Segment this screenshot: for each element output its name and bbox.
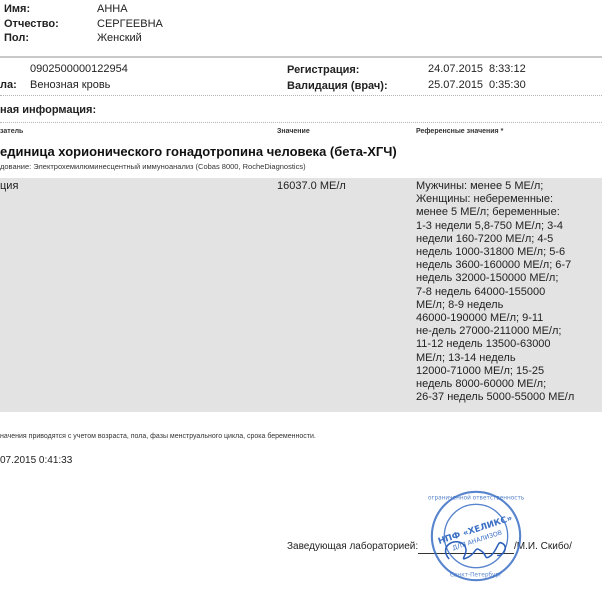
result-value: 16037.0 МЕ/л (277, 180, 346, 192)
reference-line: недель 3600-160000 МЕ/л; 6-7 (416, 259, 602, 272)
patronymic-label: Отчество: (4, 18, 59, 30)
test-title: единица хорионического гонадотропина чел… (0, 144, 397, 159)
reference-line: 26-37 недель 5000-55000 МЕ/л (416, 391, 602, 404)
reference-line: 46000-190000 МЕ/л; 9-11 (416, 312, 602, 325)
reference-line: Женщины: небеременные: (416, 193, 602, 206)
first-name-label: Имя: (4, 3, 30, 15)
reference-line: МЕ/л; 8-9 недель (416, 299, 602, 312)
registration-date: 24.07.2015 (428, 63, 483, 75)
material-label: ла: (0, 79, 17, 91)
registration-time: 8:33:12 (489, 63, 526, 75)
validation-time: 0:35:30 (489, 79, 526, 91)
reference-line: МЕ/л; 13-14 недель (416, 352, 602, 365)
material-value: Венозная кровь (30, 79, 110, 91)
stamp-icon: с ограниченной ответственностью НПФ «ХЕЛ… (428, 488, 524, 584)
sex-value: Женский (97, 32, 142, 44)
validation-label: Валидация (врач): (287, 80, 388, 92)
first-name-value: АННА (97, 3, 128, 15)
reference-values: Мужчины: менее 5 МЕ/л;Женщины: неберемен… (416, 180, 602, 404)
column-header-reference: Референсные значения * (416, 128, 503, 135)
reference-line: 11-12 недель 13500-63000 (416, 338, 602, 351)
footnote: начения приводятся с учетом возраста, по… (0, 433, 316, 440)
reference-line: менее 5 МЕ/л; беременные: (416, 206, 602, 219)
reference-line: недели 160-7200 МЕ/л; 4-5 (416, 233, 602, 246)
column-header-value: Значение (277, 128, 310, 135)
result-row-name: ция (0, 180, 18, 192)
reference-line: недель 1000-31800 МЕ/л; 5-6 (416, 246, 602, 259)
reference-line: недель 32000-150000 МЕ/л; (416, 272, 602, 285)
column-header-indicator: затель (0, 128, 23, 135)
test-method: дование: Электрохемилюминесцентный иммун… (0, 162, 306, 171)
sample-number: 0902500000122954 (30, 63, 128, 75)
patronymic-value: СЕРГЕЕВНА (97, 18, 163, 30)
reference-line: 7-8 недель 64000-155000 (416, 286, 602, 299)
dotted-divider (0, 95, 602, 96)
reference-line: 1-3 недели 5,8-750 МЕ/л; 3-4 (416, 220, 602, 233)
validation-date: 25.07.2015 (428, 79, 483, 91)
reference-line: недель 8000-60000 МЕ/л; (416, 378, 602, 391)
section-title: ная информация: (0, 104, 96, 116)
registration-label: Регистрация: (287, 64, 359, 76)
svg-text:с ограниченной ответственность: с ограниченной ответственностью (428, 495, 524, 502)
reference-line: Мужчины: менее 5 МЕ/л; (416, 180, 602, 193)
reference-line: не-дель 27000-211000 МЕ/л; (416, 325, 602, 338)
sex-label: Пол: (4, 32, 29, 44)
svg-text:Санкт-Петербург: Санкт-Петербург (450, 572, 502, 578)
dotted-divider (0, 122, 602, 123)
divider (0, 56, 602, 58)
reference-line: 12000-71000 МЕ/л; 15-25 (416, 365, 602, 378)
printed-datetime: 07.2015 0:41:33 (0, 455, 72, 466)
signature-label: Заведующая лабораторией: (287, 541, 418, 552)
